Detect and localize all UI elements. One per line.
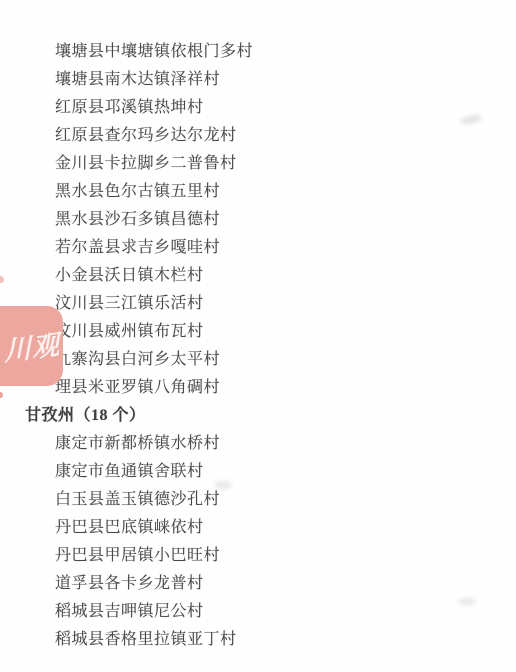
village-list-item: 白玉县盖玉镇德沙孔村	[55, 486, 516, 514]
village-list-item: 壤塘县南木达镇泽祥村	[55, 66, 516, 94]
chuanguan-logo-text: 川观	[3, 323, 61, 369]
scan-speck	[0, 392, 3, 398]
village-list-item: 九寨沟县白河乡太平村	[55, 346, 516, 374]
village-list-item: 金川县卡拉脚乡二普鲁村	[55, 150, 516, 178]
village-list-item: 理县米亚罗镇八角碉村	[55, 374, 516, 402]
scan-smudge	[458, 598, 476, 605]
scan-smudge	[214, 481, 232, 489]
village-list-item: 黑水县色尔古镇五里村	[55, 178, 516, 206]
document-page: 壤塘县中壤塘镇依根门多村壤塘县南木达镇泽祥村红原县邛溪镇热坤村红原县查尔玛乡达尔…	[0, 0, 516, 672]
village-list-item: 壤塘县中壤塘镇依根门多村	[55, 38, 516, 66]
section-header-ganzi: 甘孜州（18 个）	[25, 402, 516, 430]
village-list-aba: 壤塘县中壤塘镇依根门多村壤塘县南木达镇泽祥村红原县邛溪镇热坤村红原县查尔玛乡达尔…	[55, 38, 516, 402]
village-list-item: 丹巴县巴底镇崃依村	[55, 514, 516, 542]
village-list-item: 汶川县三江镇乐活村	[55, 290, 516, 318]
village-list-item: 黑水县沙石多镇昌德村	[55, 206, 516, 234]
page-content: 壤塘县中壤塘镇依根门多村壤塘县南木达镇泽祥村红原县邛溪镇热坤村红原县查尔玛乡达尔…	[55, 38, 516, 654]
scan-speck	[0, 276, 4, 283]
chuanguan-watermark-badge: 川观	[0, 306, 63, 386]
village-list-item: 康定市鱼通镇舍联村	[55, 458, 516, 486]
village-list-ganzi: 康定市新都桥镇水桥村康定市鱼通镇舍联村白玉县盖玉镇德沙孔村丹巴县巴底镇崃依村丹巴…	[55, 430, 516, 654]
village-list-item: 汶川县威州镇布瓦村	[55, 318, 516, 346]
village-list-item: 红原县查尔玛乡达尔龙村	[55, 122, 516, 150]
village-list-item: 丹巴县甲居镇小巴旺村	[55, 542, 516, 570]
village-list-item: 红原县邛溪镇热坤村	[55, 94, 516, 122]
village-list-item: 康定市新都桥镇水桥村	[55, 430, 516, 458]
village-list-item: 稻城县香格里拉镇亚丁村	[55, 626, 516, 654]
village-list-item: 小金县沃日镇木栏村	[55, 262, 516, 290]
village-list-item: 道孚县各卡乡龙普村	[55, 570, 516, 598]
village-list-item: 若尔盖县求吉乡嘎哇村	[55, 234, 516, 262]
village-list-item: 稻城县吉呷镇尼公村	[55, 598, 516, 626]
